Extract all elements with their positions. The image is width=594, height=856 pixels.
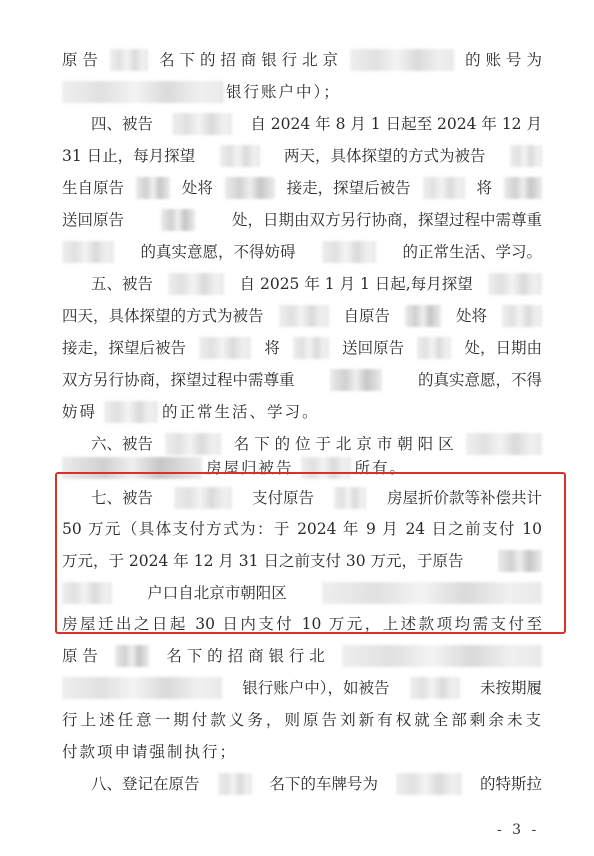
redacted-name	[218, 773, 252, 795]
text-line: 行上述任意一期付款义务，则原告刘新有权就全部剩余未支	[62, 708, 542, 732]
text-segment: 接走，探望后被告	[287, 176, 411, 200]
text-segment: 生自原告	[62, 176, 124, 200]
text-segment: 行上述任意一期付款义务，则原告刘新有权就全部剩余未支	[62, 708, 542, 732]
text-segment: 名 下 的 位 于 北 京 市 朝 阳 区	[234, 432, 454, 456]
text-segment: 六、被告	[91, 432, 153, 456]
redacted-name	[199, 337, 251, 359]
text-line: 四、被告 自 2024 年 8 月 1 日起至 2024 年 12 月	[91, 112, 542, 136]
text-segment: 31 日止，每月探望	[62, 144, 195, 168]
redacted-name	[410, 677, 460, 699]
text-line: 户口自北京市朝阳区	[62, 581, 542, 605]
redacted-name	[405, 305, 441, 327]
redacted-name	[502, 305, 542, 327]
text-segment: 处，日期由	[464, 336, 542, 360]
text-segment: 未按期履	[480, 676, 542, 700]
text-line: 付款项申请强制执行；	[62, 740, 542, 764]
text-segment: 房屋迁出之日起 30 日内支付 10 万元，上述款项均需支付至	[62, 612, 542, 636]
text-line: 五、被告 自 2025 年 1 月 1 日起,每月探望	[91, 272, 542, 296]
redacted-name	[172, 113, 232, 135]
text-line: 双方另行协商，探望过程中需尊重 的真实意愿，不得	[62, 368, 542, 392]
text-line: 银行账户中）；	[62, 80, 542, 104]
text-segment: 的真实意愿，不得	[418, 368, 542, 392]
text-segment: 的正常生活、学习。	[402, 240, 542, 264]
text-segment: 原 告	[62, 644, 98, 668]
text-segment: 处，日期由双方另行协商，探望过程中需尊重	[232, 208, 542, 232]
redacted-name	[115, 645, 149, 667]
redacted-name	[220, 145, 260, 167]
redacted-name	[165, 433, 221, 455]
redacted-name	[225, 177, 275, 199]
text-segment: 支付原告	[252, 486, 314, 510]
redacted-address	[322, 582, 542, 604]
text-line: 妨碍 的正常生活、学习。	[62, 400, 542, 424]
text-segment: 四天，具体探望的方式为被告	[62, 304, 264, 328]
text-line: 七、被告 支付原告 房屋折价款等补偿共计	[91, 486, 542, 510]
text-segment: 户口自北京市朝阳区	[147, 581, 287, 605]
text-segment: 名 下 的 招 商 银 行 北 京	[159, 48, 338, 72]
text-segment: 处将	[182, 176, 213, 200]
redacted-account-number	[62, 677, 222, 699]
redacted-name	[104, 401, 158, 423]
text-line: 六、被告 名 下 的 位 于 北 京 市 朝 阳 区	[91, 432, 542, 456]
text-segment: 的真实意愿，不得妨碍	[140, 240, 295, 264]
redacted-name	[161, 209, 195, 231]
text-segment: 四、被告	[91, 112, 153, 136]
text-segment: 两天，具体探望的方式为被告	[284, 144, 486, 168]
redacted-name	[488, 273, 542, 295]
text-segment: 50 万元（具体支付方式为：于 2024 年 9 月 24 日之前支付 10	[62, 517, 542, 541]
text-segment: 银行账户中）；	[226, 80, 341, 104]
text-segment: 自 2024 年 8 月 1 日起至 2024 年 12 月	[250, 112, 542, 136]
text-segment: 名下的车牌号为	[269, 772, 378, 796]
redacted-name	[110, 49, 148, 71]
text-line: 31 日止，每月探望 两天，具体探望的方式为被告	[62, 144, 542, 168]
redacted-name	[279, 305, 329, 327]
text-segment: 付款项申请强制执行；	[62, 740, 237, 764]
redacted-name	[330, 369, 382, 391]
text-segment: 名 下 的 招 商 银 行 北	[166, 644, 325, 668]
text-segment: 万元，于 2024 年 12 月 31 日之前支付 30 万元，于原告	[62, 549, 464, 573]
redacted-name	[510, 145, 542, 167]
redacted-address	[466, 433, 542, 455]
text-segment: 妨碍	[62, 400, 97, 424]
text-segment: 的特斯拉	[480, 772, 542, 796]
text-segment: 的正常生活、学习。	[162, 400, 320, 424]
redacted-branch	[342, 645, 542, 667]
text-segment: 的 账 号 为	[465, 48, 542, 72]
text-segment: 自原告	[343, 304, 390, 328]
text-segment: 八、登记在原告	[91, 772, 200, 796]
text-line: 银行账户中），如被告 未按期履	[62, 676, 542, 700]
redacted-plate-number	[396, 773, 462, 795]
text-segment: 将	[264, 336, 280, 360]
text-segment: 将	[476, 176, 492, 200]
text-segment: 七、被告	[91, 486, 153, 510]
redacted-name	[322, 241, 376, 263]
redacted-branch	[350, 49, 454, 71]
text-line: 送回原告 处，日期由双方另行协商，探望过程中需尊重	[62, 208, 542, 232]
text-line: 接走，探望后被告 将 送回原告 处，日期由	[62, 336, 542, 360]
text-line: 50 万元（具体支付方式为：于 2024 年 9 月 24 日之前支付 10	[62, 517, 542, 541]
text-segment: 处将	[456, 304, 487, 328]
text-line: 万元，于 2024 年 12 月 31 日之前支付 30 万元，于原告	[62, 549, 542, 573]
redacted-name	[504, 177, 542, 199]
redacted-name	[62, 241, 114, 263]
text-line: 原 告 名 下 的 招 商 银 行 北	[62, 644, 542, 668]
text-segment: 五、被告	[91, 272, 153, 296]
text-line: 四天，具体探望的方式为被告 自原告 处将	[62, 304, 542, 328]
redacted-account-number	[62, 81, 224, 103]
text-segment: 房屋折价款等补偿共计	[387, 486, 542, 510]
redacted-name	[293, 337, 329, 359]
text-segment: 送回原告	[342, 336, 404, 360]
redacted-name	[174, 487, 232, 509]
text-segment: 双方另行协商，探望过程中需尊重	[62, 368, 295, 392]
text-line: 生自原告 处将 接走，探望后被告 将	[62, 176, 542, 200]
redacted-name	[498, 550, 542, 572]
page-number: - 3 -	[497, 822, 539, 838]
redacted-name	[423, 177, 465, 199]
text-line: 房屋迁出之日起 30 日内支付 10 万元，上述款项均需支付至	[62, 612, 542, 636]
redacted-name	[62, 582, 112, 604]
redacted-name	[334, 487, 366, 509]
redacted-name	[168, 273, 224, 295]
redacted-name	[136, 177, 170, 199]
text-line: 原 告 名 下 的 招 商 银 行 北 京 的 账 号 为	[62, 48, 542, 72]
text-segment: 送回原告	[62, 208, 124, 232]
text-line: 的真实意愿，不得妨碍 的正常生活、学习。	[62, 240, 542, 264]
text-line: 八、登记在原告 名下的车牌号为 的特斯拉	[91, 772, 542, 796]
text-segment: 自 2025 年 1 月 1 日起,每月探望	[240, 272, 473, 296]
text-segment: 原 告	[62, 48, 98, 72]
text-segment: 银行账户中），如被告	[242, 676, 389, 700]
text-segment: 接走，探望后被告	[62, 336, 186, 360]
redacted-name	[417, 337, 451, 359]
